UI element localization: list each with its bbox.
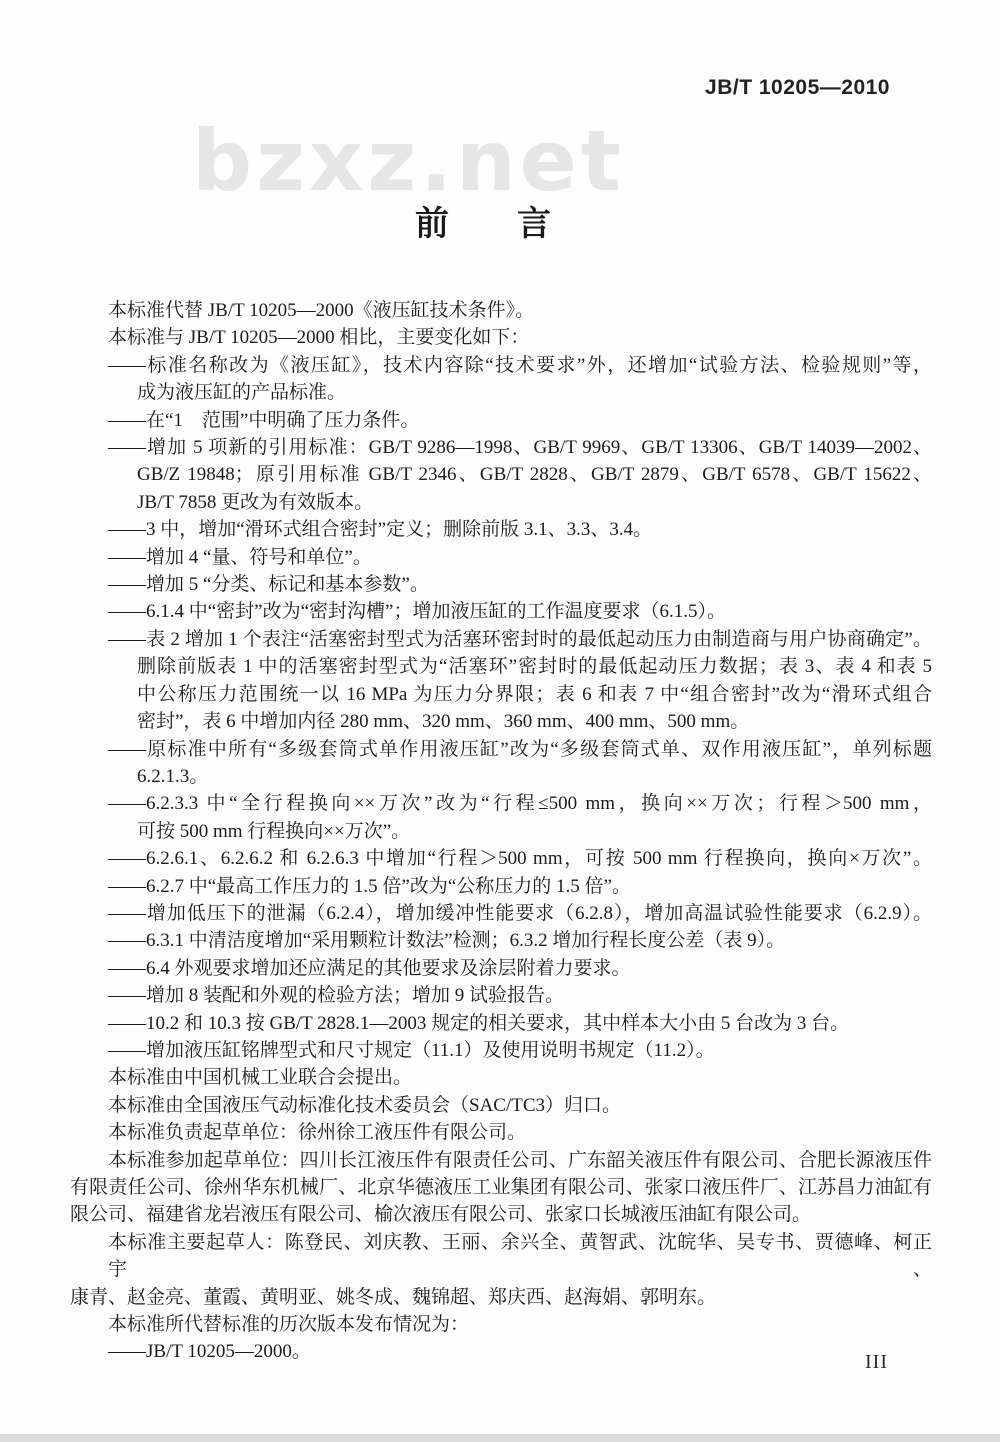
body-line: 限公司、福建省龙岩液压有限公司、榆次液压有限公司、张家口长城液压油缸有限公司。 (70, 1201, 932, 1228)
body-line: ——增加 5 项新的引用标准：GB/T 9286—1998、GB/T 9969、… (70, 434, 932, 461)
body-line: ——6.4 外观要求增加还应满足的其他要求及涂层附着力要求。 (70, 955, 932, 982)
body-line: ——增加 4 “量、符号和单位”。 (70, 544, 932, 571)
body-line: 密封”，表 6 中增加内径 280 mm、320 mm、360 mm、400 m… (70, 708, 932, 735)
body-line: 成为液压缸的产品标准。 (70, 379, 932, 406)
body-line: 本标准参加起草单位：四川长江液压件有限责任公司、广东韶关液压件有限公司、合肥长源… (70, 1147, 932, 1174)
body-line: 有限责任公司、徐州华东机械厂、北京华德液压工业集团有限公司、张家口液压件厂、江苏… (70, 1174, 932, 1201)
body-text: 本标准代替 JB/T 10205—2000《液压缸技术条件》。本标准与 JB/T… (70, 297, 932, 1366)
body-line: 本标准主要起草人：陈登民、刘庆教、王丽、余兴全、黄智武、沈皖华、吴专书、贾德峰、… (70, 1229, 932, 1284)
body-line: ——6.2.3.3 中“全行程换向××万次”改为“行程≤500 mm，换向××万… (70, 790, 932, 817)
body-line: ——JB/T 10205—2000。 (70, 1338, 932, 1365)
body-line: 本标准由中国机械工业联合会提出。 (70, 1064, 932, 1091)
body-line: 可按 500 mm 行程换向××万次”。 (70, 818, 932, 845)
body-line: 本标准代替 JB/T 10205—2000《液压缸技术条件》。 (70, 297, 932, 324)
body-line: ——增加 8 装配和外观的检验方法；增加 9 试验报告。 (70, 982, 932, 1009)
body-line: ——表 2 增加 1 个表注“活塞密封型式为活塞环密封时的最低起动压力由制造商与… (70, 626, 932, 653)
scan-edge-artifact (0, 1434, 1000, 1442)
body-line: ——3 中，增加“滑环式组合密封”定义；删除前版 3.1、3.3、3.4。 (70, 516, 932, 543)
body-line: ——原标准中所有“多级套筒式单作用液压缸”改为“多级套筒式单、双作用液压缸”，单… (70, 736, 932, 763)
body-line: GB/Z 19848；原引用标准 GB/T 2346、GB/T 2828、GB/… (70, 461, 932, 488)
body-line: 本标准与 JB/T 10205—2000 相比，主要变化如下： (70, 324, 932, 351)
body-line: ——10.2 和 10.3 按 GB/T 2828.1—2003 规定的相关要求… (70, 1010, 932, 1037)
page-title: 前 言 (0, 196, 966, 245)
body-line: ——增加 5 “分类、标记和基本参数”。 (70, 571, 932, 598)
body-line: 本标准负责起草单位：徐州徐工液压件有限公司。 (70, 1119, 932, 1146)
body-line: 6.2.1.3。 (70, 763, 932, 790)
body-line: 本标准由全国液压气动标准化技术委员会（SAC/TC3）归口。 (70, 1092, 932, 1119)
body-line: ——增加低压下的泄漏（6.2.4），增加缓冲性能要求（6.2.8），增加高温试验… (70, 900, 932, 927)
body-line: ——在“1 范围”中明确了压力条件。 (70, 407, 932, 434)
body-line: JB/T 7858 更改为有效版本。 (70, 489, 932, 516)
standard-number-header: JB/T 10205—2010 (705, 76, 890, 100)
page-number: III (865, 1351, 888, 1374)
body-line: ——6.3.1 中清洁度增加“采用颗粒计数法”检测；6.3.2 增加行程长度公差… (70, 927, 932, 954)
body-line: ——6.1.4 中“密封”改为“密封沟槽”；增加液压缸的工作温度要求（6.1.5… (70, 598, 932, 625)
body-line: 中公称压力范围统一以 16 MPa 为压力分界限；表 6 和表 7 中“组合密封… (70, 681, 932, 708)
body-line: ——6.2.6.1、6.2.6.2 和 6.2.6.3 中增加“行程＞500 m… (70, 845, 932, 872)
body-line: ——增加液压缸铭牌型式和尺寸规定（11.1）及使用说明书规定（11.2）。 (70, 1037, 932, 1064)
body-line: 删除前版表 1 中的活塞密封型式为“活塞环”密封时的最低起动压力数据；表 3、表… (70, 653, 932, 680)
document-page: JB/T 10205—2010 bzxz.net 前 言 本标准代替 JB/T … (0, 0, 1000, 1442)
body-line: ——标准名称改为《液压缸》，技术内容除“技术要求”外，还增加“试验方法、检验规则… (70, 352, 932, 379)
body-line: 康青、赵金亮、董霞、黄明亚、姚冬成、魏锦超、郑庆西、赵海娟、郭明东。 (70, 1284, 932, 1311)
body-line: ——6.2.7 中“最高工作压力的 1.5 倍”改为“公称压力的 1.5 倍”。 (70, 873, 932, 900)
body-line: 本标准所代替标准的历次版本发布情况为： (70, 1311, 932, 1338)
